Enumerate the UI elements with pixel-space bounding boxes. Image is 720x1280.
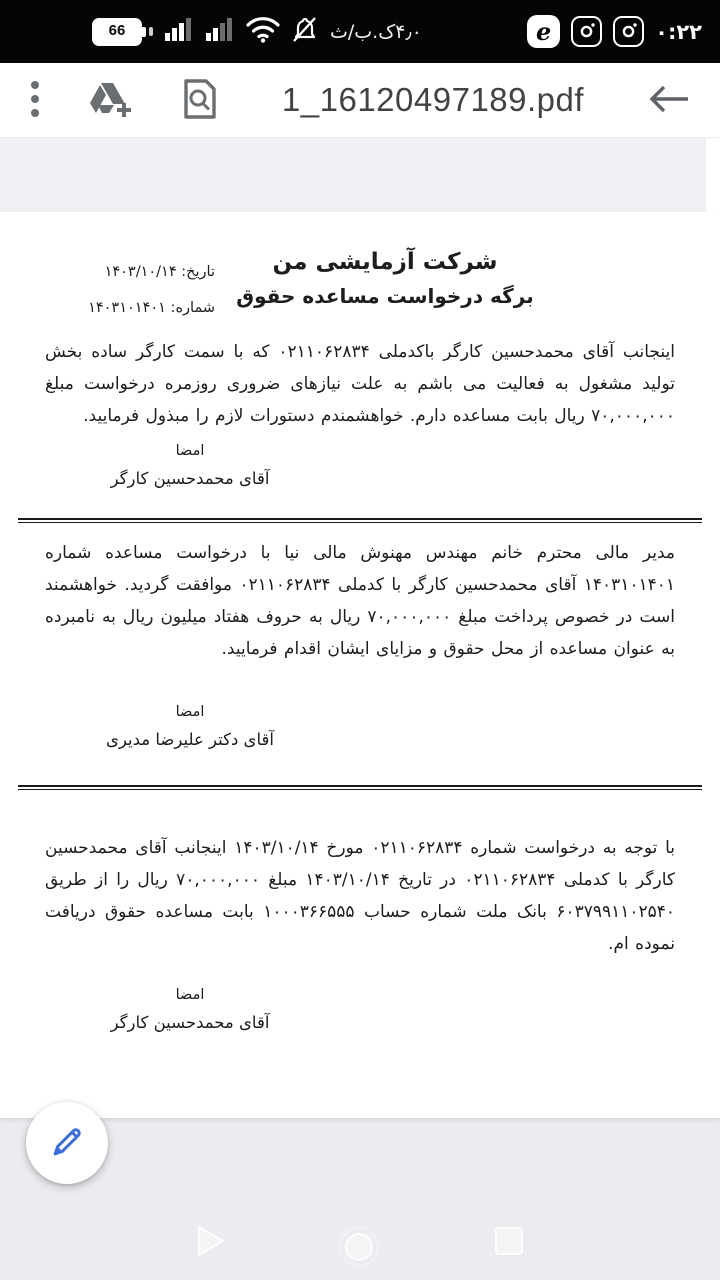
back-button[interactable] [644, 80, 694, 121]
battery-icon: 66 [92, 18, 142, 46]
edit-pencil-icon [48, 1123, 86, 1164]
find-in-file-button[interactable] [178, 75, 222, 126]
screen: { "status_bar": { "time": "۰:۲۲", "batte… [0, 0, 720, 1280]
document-date: تاریخ: ۱۴۰۳/۱۰/۱۴ [81, 254, 215, 290]
nav-recents-button[interactable] [492, 1224, 526, 1261]
approval-paragraph: مدیر مالی محترم خانم مهندس مهنوش مالی نی… [45, 537, 675, 665]
edit-fab-button[interactable] [26, 1102, 108, 1184]
kebab-menu-icon [30, 80, 40, 121]
signature-name: آقای محمدحسین کارگر [60, 464, 320, 494]
signature-block: امضا آقای محمدحسین کارگر [60, 432, 320, 494]
section-divider [18, 785, 702, 790]
pdf-viewer-toolbar: 1_16120497189.pdf [0, 63, 720, 138]
add-to-drive-button[interactable] [84, 77, 138, 124]
home-circle-icon [336, 1258, 382, 1273]
bell-muted-icon [291, 16, 319, 48]
recents-square-icon [492, 1246, 526, 1261]
instagram-app-icon [613, 16, 644, 47]
section-divider [18, 518, 702, 523]
pdf-page[interactable]: شرکت آزمایشی من برگه درخواست مساعده حقوق… [0, 212, 720, 1118]
signature-block: امضا آقای دکتر علیرضا مدیری [60, 693, 320, 755]
viewer-background-top [0, 138, 706, 212]
signature-label: امضا [60, 976, 320, 1008]
signature-name: آقای محمدحسین کارگر [60, 1008, 320, 1038]
wifi-icon [246, 16, 280, 47]
instagram-app-icon [571, 16, 602, 47]
signature-name: آقای دکتر علیرضا مدیری [60, 725, 320, 755]
network-speed-text: ۴٫۰ک.ب/ث [330, 21, 422, 43]
back-arrow-icon [648, 84, 690, 117]
signature-label: امضا [60, 693, 320, 725]
clock-text: ۰:۲۲ [655, 20, 702, 44]
document-meta: تاریخ: ۱۴۰۳/۱۰/۱۴ شماره: ۱۴۰۳۱۰۱۴۰۱ [81, 254, 215, 326]
charging-indicator-icon [149, 27, 153, 36]
document-title: 1_16120497189.pdf [282, 81, 584, 119]
back-triangle-icon [196, 1246, 226, 1261]
request-paragraph: اینجانب آقای محمدحسین کارگر باکدملی ۰۲۱۱… [45, 336, 675, 432]
status-right-cluster: e ۰:۲۲ [527, 15, 702, 48]
receipt-paragraph: با توجه به درخواست شماره ۰۲۱۱۰۶۲۸۳۴ مورخ… [45, 832, 675, 960]
find-in-file-icon [182, 79, 218, 122]
status-left-cluster: 66 [92, 16, 422, 48]
signature-block: امضا آقای محمدحسین کارگر [60, 976, 320, 1038]
eitaa-app-icon: e [527, 15, 560, 48]
nav-back-button[interactable] [196, 1224, 226, 1261]
document-number: شماره: ۱۴۰۳۱۰۱۴۰۱ [81, 290, 215, 326]
signal-bars-icon [164, 17, 194, 47]
signal-bars-icon [205, 17, 235, 47]
overflow-menu-button[interactable] [26, 76, 44, 125]
document-header: شرکت آزمایشی من برگه درخواست مساعده حقوق… [45, 246, 675, 320]
status-bar: 66 [0, 0, 720, 63]
signature-label: امضا [60, 432, 320, 464]
nav-home-button[interactable] [336, 1224, 382, 1273]
add-to-drive-icon [88, 81, 134, 120]
